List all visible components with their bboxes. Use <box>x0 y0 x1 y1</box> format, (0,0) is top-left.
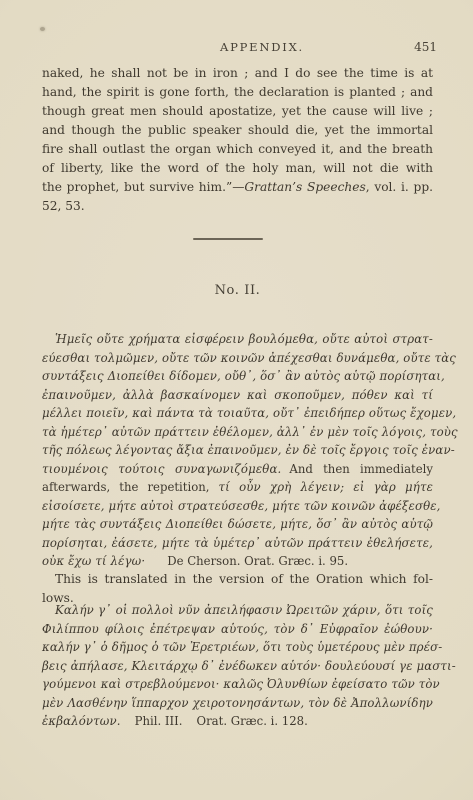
greek-text: Φιλίππου φίλοις ἐπέτρεψαν αὑτούς, τὸν δ᾽… <box>42 622 433 636</box>
greek-text: εἰσοίσετε, μήτε αὐτοὶ στρατεύσεσθε, μήτε… <box>42 499 441 513</box>
page-number: 451 <box>414 40 437 54</box>
text-line: naked, he shall not be in iron ; and I d… <box>42 64 433 83</box>
text-line: the prophet, but survive him.”—Grattan’s… <box>42 178 433 197</box>
english-text: Orat. Græc. i. 128. <box>196 714 307 728</box>
text-line: of liberty, like the word of the holy ma… <box>42 159 433 178</box>
text-line: fire shall outlast the organ which conve… <box>42 140 433 159</box>
text-line: and though the public speaker should die… <box>42 121 433 140</box>
text-line: ἐκβαλόντων.Phil. III.Orat. Græc. i. 128. <box>42 712 433 731</box>
english-text: hand, the spirit is gone forth, the decl… <box>42 85 433 99</box>
running-head-title: APPENDIX. <box>182 40 342 54</box>
english-text: , vol. i. pp. <box>366 180 433 194</box>
greek-text: τὰ ἡμέτερ᾽ αὐτῶν πράττειν ἐθέλομεν, ἀλλ᾽… <box>42 425 458 439</box>
greek-text: συντάξεις Διοπείθει δίδομεν, οὔθ᾽, ὅσ᾽ ἂ… <box>42 369 445 383</box>
text-line: afterwards, the repetition, τί οὖν χρὴ λ… <box>42 478 433 497</box>
greek-passage-2: Καλήν γ᾽ οἱ πολλοὶ νῦν ἀπειλήφασιν Ὠρειτ… <box>42 601 433 731</box>
english-text: 52, 53. <box>42 199 85 213</box>
greek-text: τιουμένοις τούτοις συναγωνιζόμεθα. <box>42 462 281 476</box>
text-line: τὰ ἡμέτερ᾽ αὐτῶν πράττειν ἐθέλομεν, ἀλλ᾽… <box>42 423 433 442</box>
running-header: APPENDIX. 451 <box>42 40 433 56</box>
text-line: συντάξεις Διοπείθει δίδομεν, οὔθ᾽, ὅσ᾽ ἂ… <box>42 367 433 386</box>
text-line: though great men should apostatize, yet … <box>42 102 433 121</box>
greek-text: τῆς πόλεως λέγοντας ἄξια ἐπαινοῦμεν, ἐν … <box>42 443 455 457</box>
greek-text: μέλλει ποιεῖν, καὶ πάντα τὰ τοιαῦτα, οὔτ… <box>42 406 456 420</box>
greek-text: μήτε τὰς συντάξεις Διοπείθει δώσετε, μήτ… <box>42 517 433 531</box>
greek-text: πορίσηται, ἐάσετε, μήτε τὰ ὑμέτερ᾽ αὐτῶν… <box>42 536 433 550</box>
text-line: γούμενοι καὶ στρεβλούμενοι· καλῶς Ὀλυνθί… <box>42 675 433 694</box>
text-line: εύεσθαι τολμῶμεν, οὔτε τῶν κοινῶν ἀπέχεσ… <box>42 349 433 368</box>
text-line: μὲν Λασθένην ἵππαρχον χειροτονησάντων, τ… <box>42 694 433 713</box>
english-text: though great men should apostatize, yet … <box>42 104 433 118</box>
english-text: naked, he shall not be in iron ; and I d… <box>42 66 433 80</box>
text-line: Φιλίππου φίλοις ἐπέτρεψαν αὑτούς, τὸν δ᾽… <box>42 620 433 639</box>
text-line: καλήν γ᾽ ὁ δῆμος ὁ τῶν Ἐρετριέων, ὅτι το… <box>42 638 433 657</box>
greek-text: εύεσθαι τολμῶμεν, οὔτε τῶν κοινῶν ἀπέχεσ… <box>42 351 456 365</box>
english-text: Grattan’s Speeches <box>244 180 365 194</box>
english-text: and though the public speaker should die… <box>42 123 433 137</box>
text-line: hand, the spirit is gone forth, the decl… <box>42 83 433 102</box>
greek-text: οὐκ ἔχω τί λέγω· <box>42 554 145 568</box>
english-text: And then immediately <box>289 462 433 476</box>
english-text: De Cherson. Orat. Græc. i. 95. <box>167 554 348 568</box>
greek-text: ἐπαινοῦμεν, ἀλλὰ βασκαίνομεν καὶ σκοποῦμ… <box>42 388 433 402</box>
paper-speck <box>40 27 45 31</box>
text-line: Καλήν γ᾽ οἱ πολλοὶ νῦν ἀπειλήφασιν Ὠρειτ… <box>42 601 433 620</box>
text-line: Ἡμεῖς οὔτε χρήματα εἰσφέρειν βουλόμεθα, … <box>42 330 433 349</box>
text-line: μέλλει ποιεῖν, καὶ πάντα τὰ τοιαῦτα, οὔτ… <box>42 404 433 423</box>
text-line: εἰσοίσετε, μήτε αὐτοὶ στρατεύσεσθε, μήτε… <box>42 497 433 516</box>
text-line: βεις ἀπήλασε, Κλειτάρχῳ δ᾽ ἐνέδωκεν αὑτό… <box>42 657 433 676</box>
text-line: μήτε τὰς συντάξεις Διοπείθει δώσετε, μήτ… <box>42 515 433 534</box>
greek-text: μὲν Λασθένην ἵππαρχον χειροτονησάντων, τ… <box>42 696 433 710</box>
english-text: the prophet, but survive him.”— <box>42 180 244 194</box>
text-line: This is translated in the version of the… <box>42 570 433 589</box>
section-divider <box>193 238 263 240</box>
section-heading: No. II. <box>42 283 433 298</box>
book-page: APPENDIX. 451 naked, he shall not be in … <box>0 0 473 800</box>
greek-text: βεις ἀπήλασε, Κλειτάρχῳ δ᾽ ἐνέδωκεν αὑτό… <box>42 659 456 673</box>
english-text: afterwards, the repetition, <box>42 480 219 494</box>
english-text: fire shall outlast the organ which conve… <box>42 142 433 156</box>
text-line: 52, 53. <box>42 197 433 216</box>
greek-text: τί οὖν χρὴ λέγειν; εἰ γὰρ μήτε <box>219 480 433 494</box>
text-line: τιουμένοις τούτοις συναγωνιζόμεθα.And th… <box>42 460 433 479</box>
text-line: οὐκ ἔχω τί λέγω·De Cherson. Orat. Græc. … <box>42 552 433 571</box>
english-text: This is translated in the version of the… <box>55 572 433 586</box>
greek-text: Καλήν γ᾽ οἱ πολλοὶ νῦν ἀπειλήφασιν Ὠρειτ… <box>55 603 433 617</box>
text-line: τῆς πόλεως λέγοντας ἄξια ἐπαινοῦμεν, ἐν … <box>42 441 433 460</box>
greek-text: γούμενοι καὶ στρεβλούμενοι· καλῶς Ὀλυνθί… <box>42 677 440 691</box>
closing-quote-paragraph: naked, he shall not be in iron ; and I d… <box>42 64 433 216</box>
greek-text: Ἡμεῖς οὔτε χρήματα εἰσφέρειν βουλόμεθα, … <box>55 332 433 346</box>
greek-text: ἐκβαλόντων. <box>42 714 121 728</box>
english-text: of liberty, like the word of the holy ma… <box>42 161 433 175</box>
greek-passage-1: Ἡμεῖς οὔτε χρήματα εἰσφέρειν βουλόμεθα, … <box>42 330 433 571</box>
text-line: ἐπαινοῦμεν, ἀλλὰ βασκαίνομεν καὶ σκοποῦμ… <box>42 386 433 405</box>
english-text: Phil. III. <box>135 714 183 728</box>
text-line: πορίσηται, ἐάσετε, μήτε τὰ ὑμέτερ᾽ αὐτῶν… <box>42 534 433 553</box>
greek-text: καλήν γ᾽ ὁ δῆμος ὁ τῶν Ἐρετριέων, ὅτι το… <box>42 640 442 654</box>
